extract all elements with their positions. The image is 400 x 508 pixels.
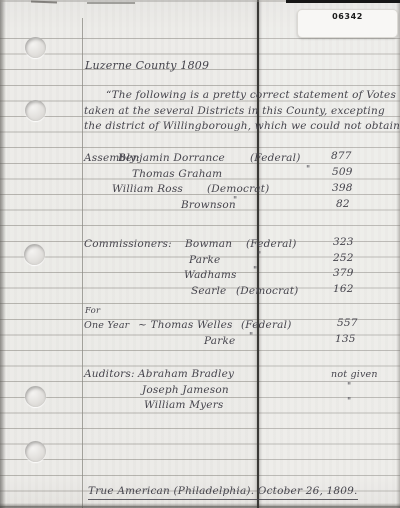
hole-punch [25,37,46,58]
vote-count: 162 [333,284,354,296]
candidate-party: (Democrat) [207,184,269,196]
candidate-name: Brownson [181,200,236,212]
page-title: Luzerne County 1809 [85,60,209,72]
scan-edge-right [396,0,400,508]
vote-count: 323 [333,237,354,249]
hole-punch [25,441,46,462]
candidate-name: William Myers [144,400,224,412]
ditto-mark: " [347,398,351,408]
candidate-party: (Federal) [246,239,297,251]
candidate-name: ~ Thomas Welles [138,320,233,332]
catalog-number: 06342 [298,12,397,21]
candidate-name: Abraham Bradley [138,369,234,381]
section-label-auditors: Auditors: [84,369,135,381]
candidate-name: Wadhams [184,270,237,282]
intro-line: taken at the several Districts in this C… [84,106,385,118]
intro-line: the district of Willingborough, which we… [84,121,400,133]
vote-count: 379 [333,268,354,280]
page-overlap-shading [260,0,400,508]
ditto-mark: " [347,383,351,393]
margin-line [82,18,83,508]
hole-punch [25,100,46,121]
section-label-commissioners: Commissioners: [84,239,172,251]
candidate-name: William Ross [112,184,183,196]
scan-edge-bottom [0,503,400,508]
ditto-mark: " [257,252,261,262]
candidate-name: Joseph Jameson [142,385,229,397]
ditto-mark: " [249,333,253,343]
section-label-for: For [85,307,100,316]
catalog-sticker: 06342 [297,9,398,38]
vote-count: 82 [336,199,350,211]
scan-artifact-mark [87,2,135,4]
candidate-party: (Federal) [250,153,301,165]
ditto-mark: " [306,166,310,176]
vote-count: 557 [337,318,358,330]
scanned-document-page: 06342 Luzerne County 1809 “The following… [0,0,400,508]
hole-punch [25,386,46,407]
vote-count: 252 [333,253,354,265]
candidate-party: (Federal) [241,320,292,332]
candidate-name: Thomas Graham [132,169,222,181]
candidate-name: Parke [189,255,220,267]
vote-count: 398 [332,183,353,195]
vote-count: not given [331,370,378,380]
intro-line: “The following is a pretty correct state… [106,90,396,102]
ditto-mark: " [233,197,237,207]
candidate-name: Bowman [185,239,232,251]
vote-count: 877 [331,151,352,163]
scan-artifact-bar [286,0,400,3]
vote-count: 135 [335,334,356,346]
section-label-one-year: One Year [84,321,129,331]
candidate-name: Benjamin Dorrance [118,153,225,165]
candidate-name: Searle [191,286,226,298]
hole-punch [24,244,45,265]
candidate-party: (Democrat) [236,286,298,298]
source-citation: True American (Philadelphia). October 26… [88,486,358,500]
scan-edge-left [0,0,6,508]
scan-artifact-mark [31,1,57,4]
candidate-name: Parke [204,336,235,348]
vote-count: 509 [332,167,353,179]
ditto-mark: " [253,267,257,277]
